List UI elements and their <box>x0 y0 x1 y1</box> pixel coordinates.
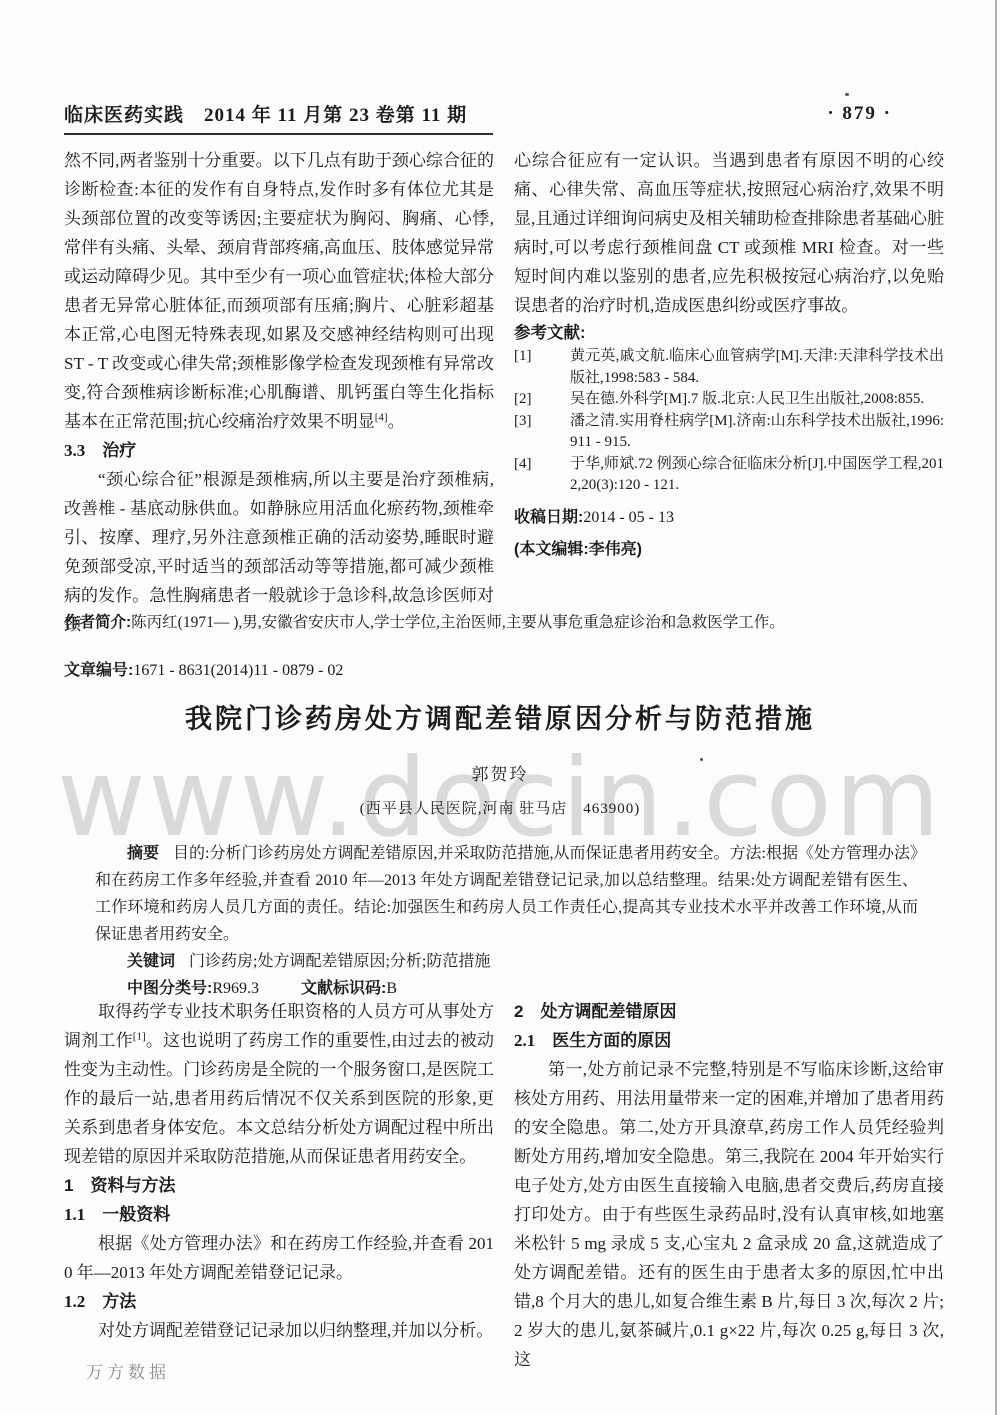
citation-ref: [4] <box>375 411 388 423</box>
journal-title: 临床医药实践 2014 年 11 月第 23 卷第 11 期 <box>64 100 493 135</box>
wanfang-watermark: 万方数据 <box>86 1358 170 1383</box>
article2-right-column: 2 处方调配差错原因 2.1 医生方面的原因 第一,处方前记录不完整,特别是不写… <box>514 997 944 1374</box>
keywords-label: 关键词 <box>127 953 175 970</box>
clc-number: R969.3 <box>212 980 259 997</box>
journal-page: www.docin.com 临床医药实践 2014 年 11 月第 23 卷第 … <box>0 0 1000 1415</box>
abstract-paragraph: 摘要目的:分析门诊药房处方调配差错原因,并采取防范措施,从而保证患者用药安全。方… <box>95 840 918 948</box>
section-heading-2-1: 2.1 医生方面的原因 <box>514 1026 944 1055</box>
article1-left-column: 然不同,两者鉴别十分重要。以下几点有助于颈心综合征的诊断检查:本征的发作有自身特… <box>64 146 494 639</box>
reference-number: [3] <box>514 411 570 454</box>
received-date-line: 收稿日期:2014 - 05 - 13 <box>514 503 944 532</box>
doc-code-label: 文献标识码: <box>301 980 386 997</box>
article2-paragraph: 第一,处方前记录不完整,特别是不写临床诊断,这给审核处方用药、用法用量带来一定的… <box>514 1055 944 1374</box>
keywords-line: 关键词门诊药房;处方调配差错原因;分析;防范措施 <box>95 948 918 975</box>
article1-paragraph: 心综合征应有一定认识。当遇到患者有原因不明的心绞痛、心律失常、高血压等症状,按照… <box>514 146 944 320</box>
scan-speck <box>700 758 703 761</box>
clc-label: 中图分类号: <box>127 980 212 997</box>
article2-author: 郭贺玲 <box>0 760 1000 785</box>
article2-affiliation: (西平县人民医院,河南 驻马店 463900) <box>0 797 1000 818</box>
section-heading-1-1: 1.1 一般资料 <box>64 1200 494 1229</box>
reference-text: 吴在德.外科学[M].7 版.北京:人民卫生出版社,2008:855. <box>570 389 944 411</box>
reference-text: 潘之清.实用脊柱病学[M].济南:山东科学技术出版社,1996:911 - 91… <box>570 411 944 454</box>
section-heading-1-2: 1.2 方法 <box>64 1287 494 1316</box>
article2-paragraph: 根据《处方管理办法》和在药房工作经验,并查看 2010 年—2013 年处方调配… <box>64 1229 494 1287</box>
author-bio: 作者简介:陈丙红(1971— ),男,安徽省安庆市人,学士学位,主治医师,主要从… <box>64 612 944 634</box>
reference-item: [3] 潘之清.实用脊柱病学[M].济南:山东科学技术出版社,1996:911 … <box>514 411 944 454</box>
reference-text: 黄元英,戚文航.临床心血管病学[M].天津:天津科学技术出版社,1998:583… <box>570 346 944 389</box>
page-number: · 879 · <box>827 103 892 125</box>
reference-number: [1] <box>514 346 570 389</box>
reference-number: [4] <box>514 454 570 497</box>
references-heading: 参考文献: <box>514 320 944 346</box>
scan-speck <box>845 93 849 96</box>
section-heading-1: 1 资料与方法 <box>64 1171 494 1200</box>
article2-left-column: 取得药学专业技术职务任职资格的人员方可从事处方调剂工作[1]。这也说明了药房工作… <box>64 997 494 1374</box>
abstract-label: 摘要 <box>127 845 159 862</box>
article2-paragraph: 对处方调配差错登记记录加以归纳整理,并加以分析。 <box>64 1316 494 1345</box>
reference-item: [1] 黄元英,戚文航.临床心血管病学[M].天津:天津科学技术出版社,1998… <box>514 346 944 389</box>
reference-number: [2] <box>514 389 570 411</box>
doc-code: B <box>386 980 397 997</box>
reference-item: [4] 于华,师斌.72 例颈心综合征临床分析[J].中国医学工程,2012,2… <box>514 454 944 497</box>
article1-right-column: 心综合征应有一定认识。当遇到患者有原因不明的心绞痛、心律失常、高血压等症状,按照… <box>514 146 944 639</box>
article2-columns: 取得药学专业技术职务任职资格的人员方可从事处方调剂工作[1]。这也说明了药房工作… <box>64 997 944 1374</box>
article1-paragraph: 然不同,两者鉴别十分重要。以下几点有助于颈心综合征的诊断检查:本征的发作有自身特… <box>64 146 494 436</box>
article1-columns: 然不同,两者鉴别十分重要。以下几点有助于颈心综合征的诊断检查:本征的发作有自身特… <box>64 146 944 639</box>
editor-note: (本文编辑:李伟亮) <box>514 535 944 564</box>
article-number: 文章编号:1671 - 8631(2014)11 - 0879 - 02 <box>64 657 944 680</box>
article2-intro: 取得药学专业技术职务任职资格的人员方可从事处方调剂工作[1]。这也说明了药房工作… <box>64 997 494 1171</box>
scan-edge-line <box>995 0 997 1415</box>
reference-item: [2] 吴在德.外科学[M].7 版.北京:人民卫生出版社,2008:855. <box>514 389 944 411</box>
abstract-block: 摘要目的:分析门诊药房处方调配差错原因,并采取防范措施,从而保证患者用药安全。方… <box>95 840 918 1002</box>
page-header: 临床医药实践 2014 年 11 月第 23 卷第 11 期 · 879 · <box>64 100 944 135</box>
article2-title: 我院门诊药房处方调配差错原因分析与防范措施 <box>0 697 1000 736</box>
citation-ref: [1] <box>133 1030 146 1042</box>
reference-text: 于华,师斌.72 例颈心综合征临床分析[J].中国医学工程,2012,20(3)… <box>570 454 944 497</box>
section-heading-2: 2 处方调配差错原因 <box>514 997 944 1026</box>
section-heading-3-3: 3.3 治疗 <box>64 436 494 465</box>
